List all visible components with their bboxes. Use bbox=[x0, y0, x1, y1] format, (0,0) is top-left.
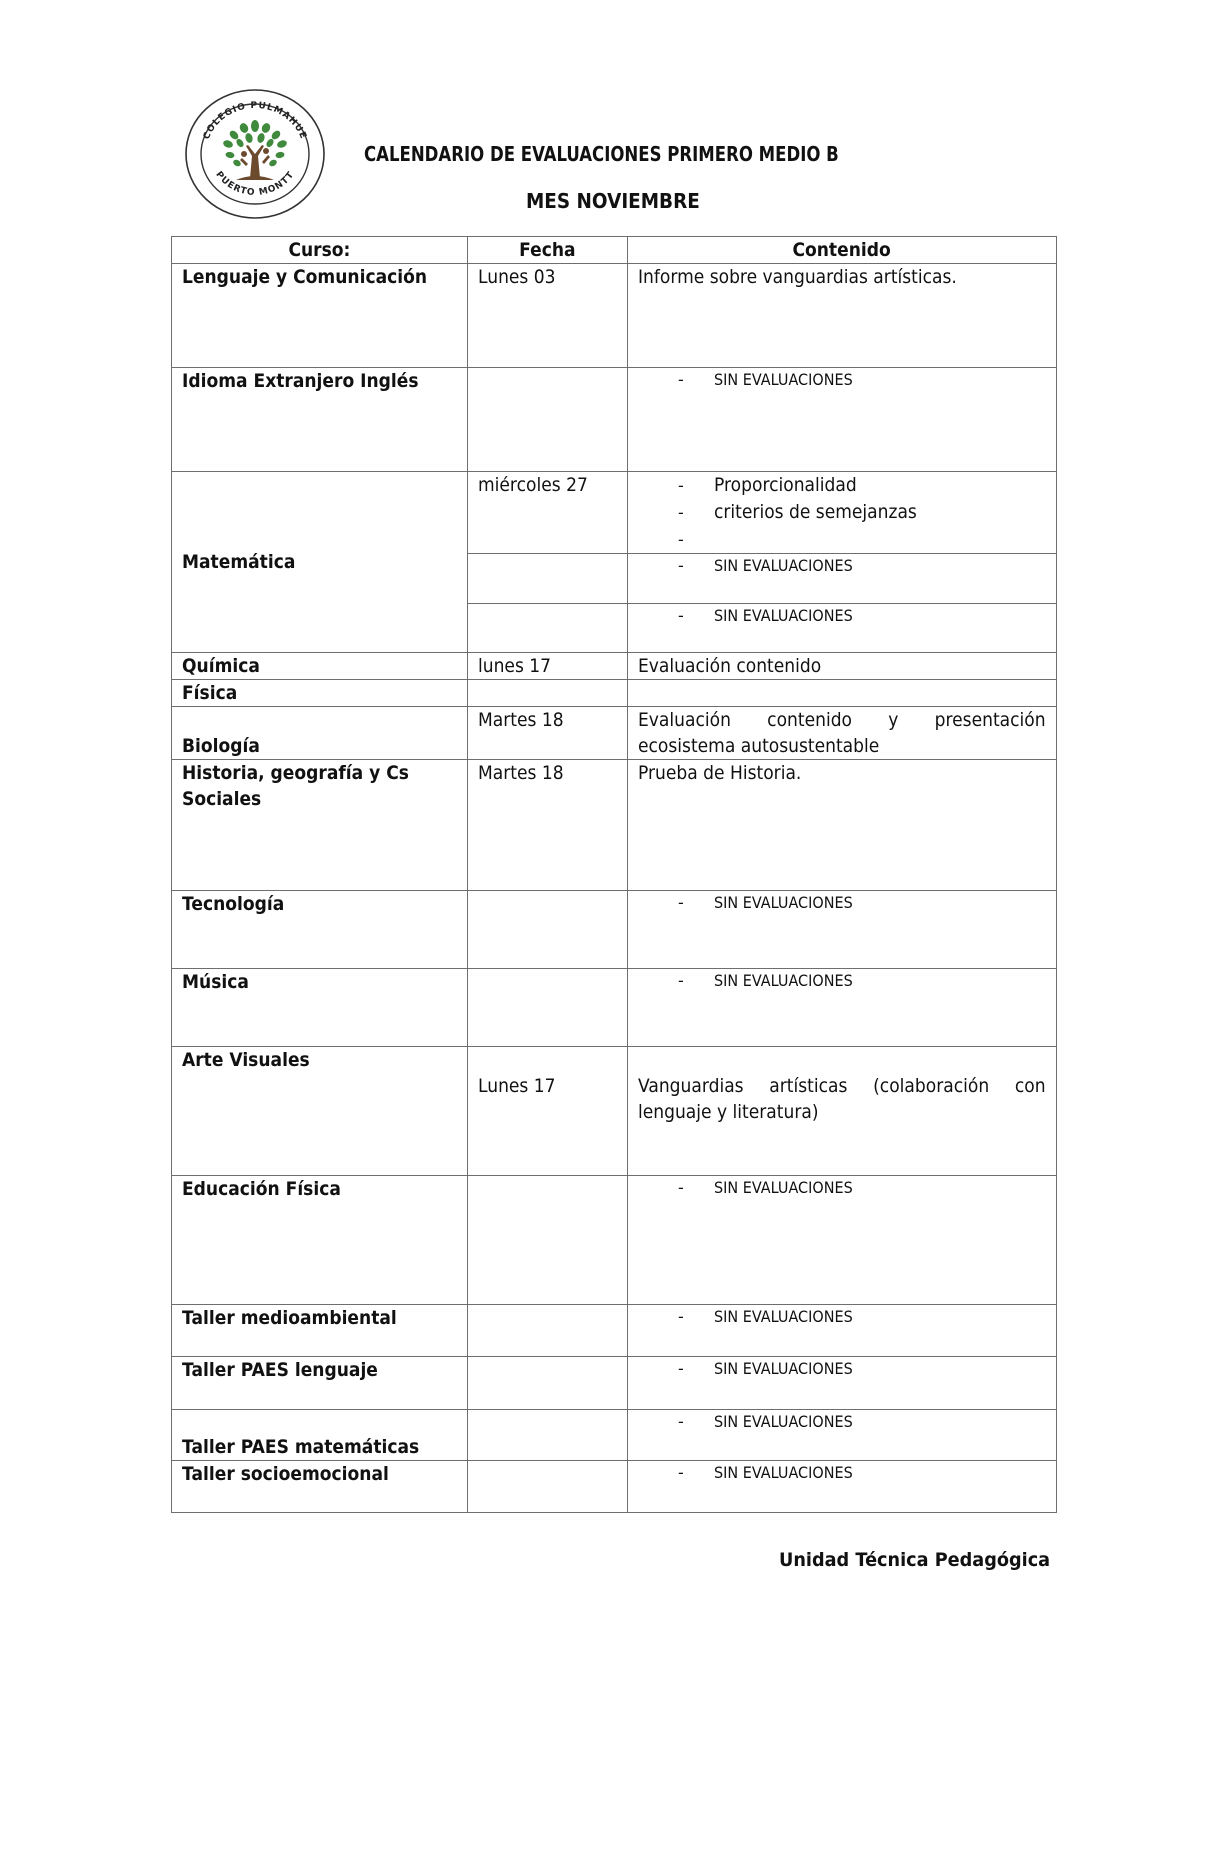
content-cell: -SIN EVALUACIONES bbox=[628, 891, 1057, 969]
table-row: Arte Visuales Lunes 17 Vanguardias artís… bbox=[172, 1047, 1057, 1176]
date-cell bbox=[468, 891, 628, 969]
table-row: Idioma Extranjero Inglés -SIN EVALUACION… bbox=[172, 368, 1057, 472]
content-cell: -SIN EVALUACIONES bbox=[628, 1305, 1057, 1357]
table-row: Música -SIN EVALUACIONES bbox=[172, 969, 1057, 1047]
date-cell bbox=[468, 554, 628, 604]
school-logo: COLEGIO PULMAHUE PUERTO MONTT bbox=[184, 88, 326, 220]
content-bullet: -Proporcionalidad bbox=[638, 472, 1046, 499]
subject-cell: Historia, geografía y Cs Sociales bbox=[172, 760, 468, 891]
content-cell: -SIN EVALUACIONES bbox=[628, 1410, 1057, 1461]
date-cell bbox=[468, 1410, 628, 1461]
date-cell bbox=[468, 1461, 628, 1513]
subject-cell: Química bbox=[172, 653, 468, 680]
month-subtitle: MES NOVIEMBRE bbox=[526, 189, 700, 213]
evaluation-calendar-table: Curso: Fecha Contenido Lenguaje y Comuni… bbox=[171, 236, 1057, 1513]
date-cell: lunes 17 bbox=[468, 653, 628, 680]
page-title: CALENDARIO DE EVALUACIONES PRIMERO MEDIO… bbox=[364, 142, 839, 166]
subject-cell: Taller socioemocional bbox=[172, 1461, 468, 1513]
subject-cell: Taller medioambiental bbox=[172, 1305, 468, 1357]
table-row: Química lunes 17 Evaluación contenido bbox=[172, 653, 1057, 680]
date-cell: Lunes 17 bbox=[468, 1047, 628, 1176]
content-cell: -SIN EVALUACIONES bbox=[628, 1176, 1057, 1305]
content-cell: Prueba de Historia. bbox=[628, 760, 1057, 891]
subject-cell: Taller PAES matemáticas bbox=[172, 1410, 468, 1461]
subject-cell: Idioma Extranjero Inglés bbox=[172, 368, 468, 472]
content-cell bbox=[628, 680, 1057, 707]
date-cell bbox=[468, 604, 628, 653]
content-cell: -SIN EVALUACIONES bbox=[628, 554, 1057, 604]
date-cell bbox=[468, 1357, 628, 1410]
date-cell: Lunes 03 bbox=[468, 264, 628, 368]
table-row: Educación Física -SIN EVALUACIONES bbox=[172, 1176, 1057, 1305]
tree-emblem-icon: COLEGIO PULMAHUE PUERTO MONTT bbox=[184, 88, 326, 220]
subject-cell: Arte Visuales bbox=[172, 1047, 468, 1176]
table-row: Historia, geografía y Cs Sociales Martes… bbox=[172, 760, 1057, 891]
subject-cell: Biología bbox=[172, 707, 468, 760]
column-header-curso: Curso: bbox=[172, 237, 468, 264]
date-cell: miércoles 27 bbox=[468, 472, 628, 554]
table-header-row: Curso: Fecha Contenido bbox=[172, 237, 1057, 264]
table-row: Taller PAES matemáticas -SIN EVALUACIONE… bbox=[172, 1410, 1057, 1461]
date-cell bbox=[468, 680, 628, 707]
date-cell: Martes 18 bbox=[468, 707, 628, 760]
date-cell bbox=[468, 1176, 628, 1305]
subject-cell: Música bbox=[172, 969, 468, 1047]
content-cell: -Proporcionalidad -criterios de semejanz… bbox=[628, 472, 1057, 554]
subject-cell: Tecnología bbox=[172, 891, 468, 969]
content-cell: -SIN EVALUACIONES bbox=[628, 1461, 1057, 1513]
content-cell: Vanguardias artísticas (colaboración con… bbox=[628, 1047, 1057, 1176]
subject-cell: Física bbox=[172, 680, 468, 707]
content-cell: Evaluación contenido y presentación ecos… bbox=[628, 707, 1057, 760]
date-cell bbox=[468, 368, 628, 472]
column-header-fecha: Fecha bbox=[468, 237, 628, 264]
subject-cell: Taller PAES lenguaje bbox=[172, 1357, 468, 1410]
table-row: Matemática miércoles 27 -Proporcionalida… bbox=[172, 472, 1057, 554]
content-cell: -SIN EVALUACIONES bbox=[628, 604, 1057, 653]
date-cell: Martes 18 bbox=[468, 760, 628, 891]
table-row: Taller PAES lenguaje -SIN EVALUACIONES bbox=[172, 1357, 1057, 1410]
subject-cell: Educación Física bbox=[172, 1176, 468, 1305]
column-header-contenido: Contenido bbox=[628, 237, 1057, 264]
table-row: Física bbox=[172, 680, 1057, 707]
date-cell bbox=[468, 1305, 628, 1357]
date-cell bbox=[468, 969, 628, 1047]
table-row: Biología Martes 18 Evaluación contenido … bbox=[172, 707, 1057, 760]
table-row: Lenguaje y Comunicación Lunes 03 Informe… bbox=[172, 264, 1057, 368]
content-cell: Informe sobre vanguardias artísticas. bbox=[628, 264, 1057, 368]
table-row: Taller medioambiental -SIN EVALUACIONES bbox=[172, 1305, 1057, 1357]
content-bullet: -criterios de semejanzas bbox=[638, 499, 1046, 526]
table-row: Tecnología -SIN EVALUACIONES bbox=[172, 891, 1057, 969]
table-row: Taller socioemocional -SIN EVALUACIONES bbox=[172, 1461, 1057, 1513]
content-cell: Evaluación contenido bbox=[628, 653, 1057, 680]
content-cell: -SIN EVALUACIONES bbox=[628, 1357, 1057, 1410]
content-cell: -SIN EVALUACIONES bbox=[628, 969, 1057, 1047]
subject-cell: Matemática bbox=[172, 472, 468, 653]
content-cell: -SIN EVALUACIONES bbox=[628, 368, 1057, 472]
subject-cell: Lenguaje y Comunicación bbox=[172, 264, 468, 368]
signature-footer: Unidad Técnica Pedagógica bbox=[779, 1549, 1050, 1571]
content-bullet: - bbox=[638, 526, 1046, 553]
